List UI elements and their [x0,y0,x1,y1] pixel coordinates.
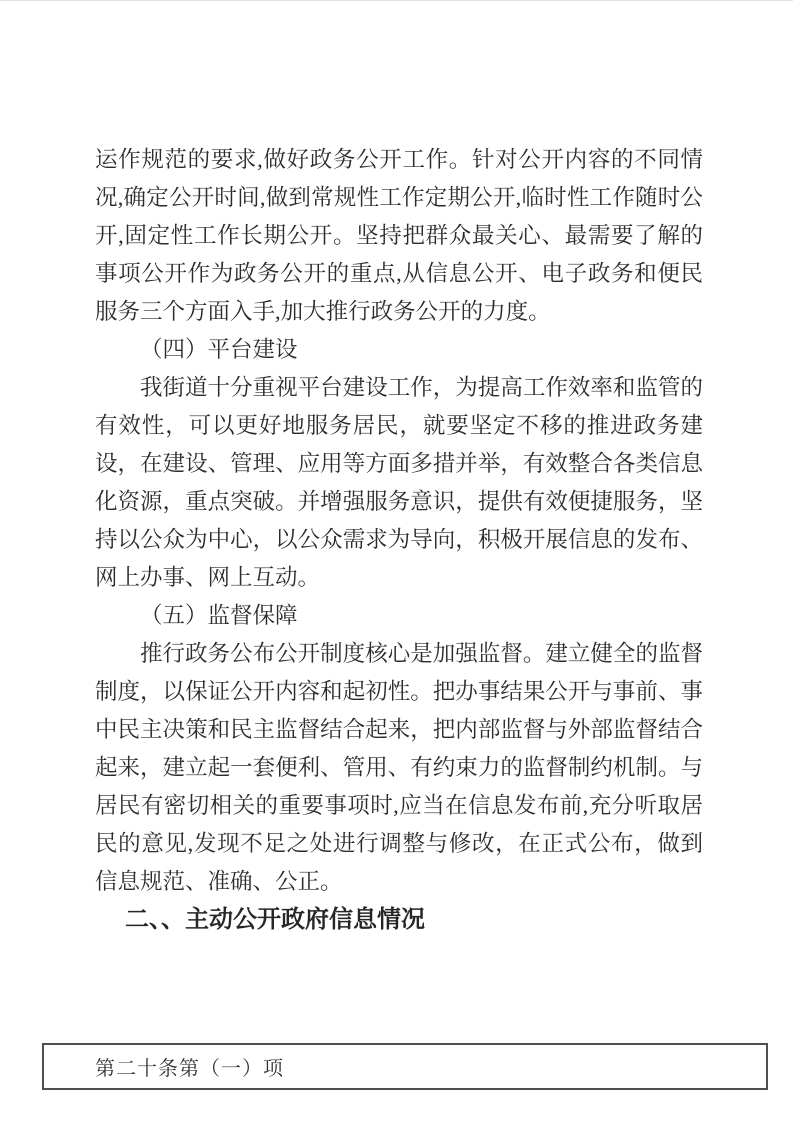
footer-reference-box: 第二十条第（一）项 [42,1043,768,1090]
paragraph-platform-construction: 我街道十分重视平台建设工作，为提高工作效率和监管的有效性，可以更好地服务居民，就… [95,369,703,597]
subsection-heading-supervision: （五）监督保障 [95,597,703,635]
section-heading-active-disclosure: 二、、主动公开政府信息情况 [125,901,703,939]
subsection-heading-platform: （四）平台建设 [95,331,703,369]
page-edge-rule [0,0,793,1]
paragraph-supervision-guarantee: 推行政务公布公开制度核心是加强监督。建立健全的监督制度，以保证公开内容和起初性。… [95,635,703,901]
document-body: 运作规范的要求,做好政务公开工作。针对公开内容的不同情况,确定公开时间,做到常规… [95,141,703,939]
footer-reference-label: 第二十条第（一）项 [95,1052,284,1081]
paragraph-continued-intro: 运作规范的要求,做好政务公开工作。针对公开内容的不同情况,确定公开时间,做到常规… [95,141,703,331]
